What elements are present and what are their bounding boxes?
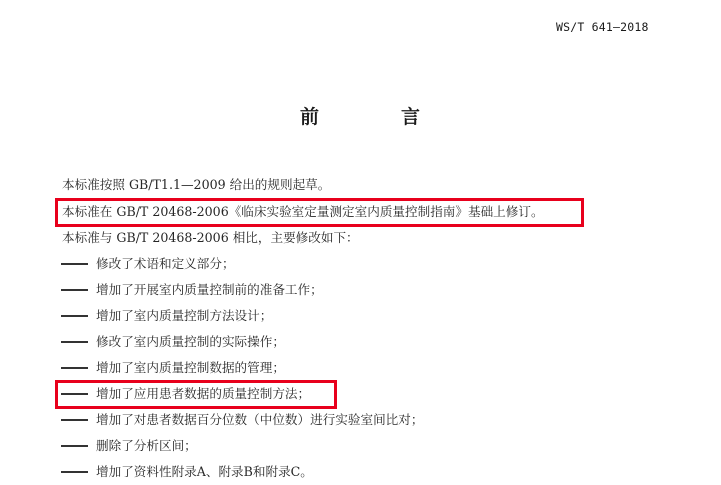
change-item: 修改了室内质量控制的实际操作； (61, 332, 285, 352)
dash-icon (61, 471, 88, 472)
change-item: 删除了分析区间； (61, 436, 197, 456)
change-item-text: 修改了术语和定义部分； (96, 254, 235, 274)
change-item-text: 增加了应用患者数据的质量控制方法； (96, 384, 310, 404)
dash-icon (61, 263, 88, 264)
change-item: 增加了开展室内质量控制前的准备工作； (61, 280, 323, 300)
change-item-text: 增加了室内质量控制方法设计； (96, 306, 272, 326)
dash-icon (61, 289, 88, 290)
paragraph-revision-basis: 本标准在 GB/T 20468-2006《临床实验室定量测定室内质量控制指南》基… (62, 202, 544, 222)
change-item-text: 修改了室内质量控制的实际操作； (96, 332, 285, 352)
dash-icon (61, 341, 88, 342)
standard-code: WS/T 641—2018 (556, 20, 649, 34)
paragraph-drafting-rules: 本标准按照 GB/T1.1—2009 给出的规则起草。 (62, 175, 330, 195)
page-title: 前 言 (300, 102, 420, 129)
change-item-text: 删除了分析区间； (96, 436, 197, 456)
change-item: 增加了资料性附录A、附录B和附录C。 (61, 462, 313, 482)
change-item: 增加了室内质量控制方法设计； (61, 306, 272, 326)
dash-icon (61, 393, 88, 394)
dash-icon (61, 419, 88, 420)
change-item: 增加了室内质量控制数据的管理； (61, 358, 285, 378)
title-char-1: 前 (300, 102, 319, 129)
change-item-text: 增加了开展室内质量控制前的准备工作； (96, 280, 323, 300)
change-item: 增加了应用患者数据的质量控制方法； (61, 384, 310, 404)
change-item: 增加了对患者数据百分位数（中位数）进行实验室间比对； (61, 410, 423, 430)
title-char-2: 言 (401, 102, 420, 129)
change-item-text: 增加了对患者数据百分位数（中位数）进行实验室间比对； (96, 410, 423, 430)
dash-icon (61, 315, 88, 316)
change-item-text: 增加了室内质量控制数据的管理； (96, 358, 285, 378)
change-item: 修改了术语和定义部分； (61, 254, 235, 274)
dash-icon (61, 445, 88, 446)
paragraph-changes-intro: 本标准与 GB/T 20468-2006 相比，主要修改如下： (62, 228, 359, 248)
change-item-text: 增加了资料性附录A、附录B和附录C。 (96, 462, 313, 482)
dash-icon (61, 367, 88, 368)
